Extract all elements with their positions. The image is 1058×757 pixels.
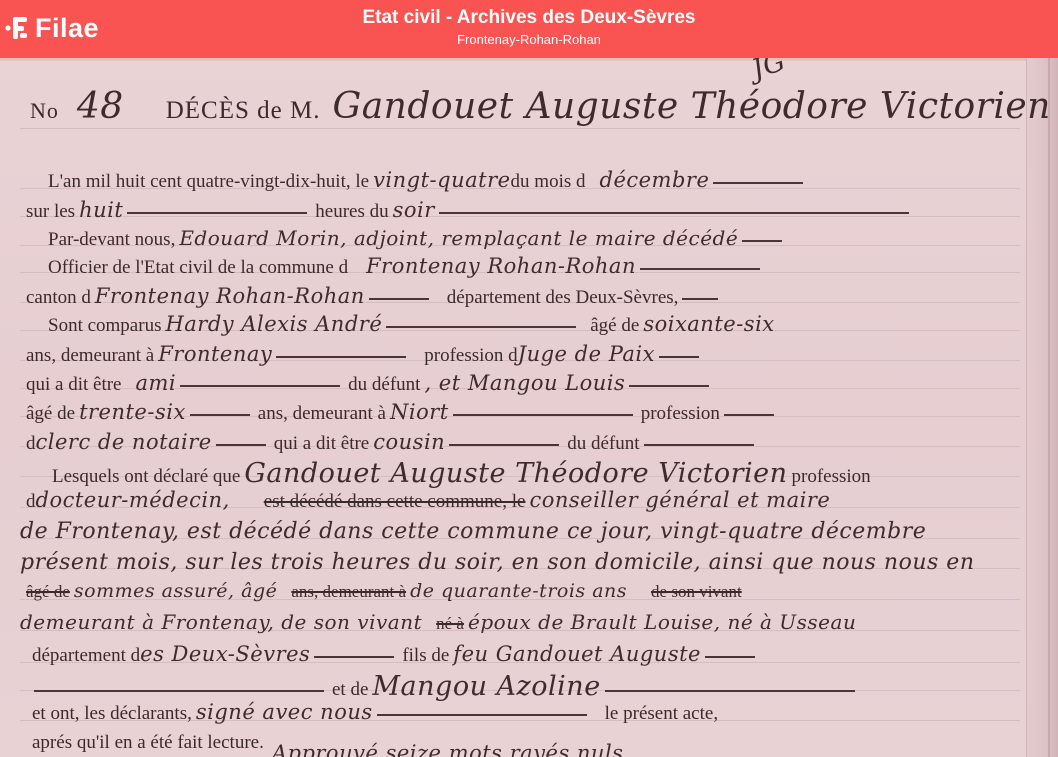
line-17: département des Deux-Sèvres fils de feu … — [32, 642, 759, 667]
handwritten-text: Juge de Paix — [518, 342, 655, 366]
handwritten-text: Edouard Morin, adjoint, remplaçant le ma… — [179, 226, 738, 250]
printed-text: Officier de l'Etat civil de la commune d — [48, 257, 348, 278]
printed-text: heures du — [315, 201, 388, 222]
fill-in-rule — [34, 690, 324, 692]
handwritten-text: soir — [393, 198, 435, 222]
line-16: demeurant à Frontenay, de son vivant né … — [20, 610, 856, 634]
fill-in-rule — [439, 212, 909, 214]
fill-in-rule — [369, 298, 429, 300]
line-18: et de Mangou Azoline — [30, 671, 859, 702]
handwritten-text: clerc de notaire — [36, 430, 212, 454]
printed-text: Sont comparus — [48, 315, 161, 336]
handwritten-text: sommes assuré, âgé — [74, 580, 277, 602]
struck-text: né à — [436, 614, 464, 633]
struck-text: de son vivant — [651, 582, 742, 601]
printed-text: du mois d — [511, 171, 586, 192]
handwritten-text: es Deux-Sèvres — [140, 642, 310, 666]
document-image-viewer[interactable]: JG No 48 DÉCÈS de M. Gandouet Auguste Th… — [0, 58, 1058, 757]
fill-in-rule — [742, 240, 782, 242]
line-2: sur les huit heures du soir — [26, 198, 913, 223]
fill-in-rule — [449, 444, 559, 446]
fill-in-rule — [705, 656, 755, 658]
handwritten-text: cousin — [373, 430, 445, 454]
handwritten-text: Frontenay Rohan-Rohan — [366, 254, 636, 278]
line-1: L'an mil huit cent quatre-vingt-dix-huit… — [48, 168, 807, 193]
struck-text: âgé de — [26, 582, 70, 601]
record-heading: No 48 DÉCÈS de M. Gandouet Auguste Théod… — [30, 86, 1051, 127]
printed-text: département des Deux-Sèvres, — [447, 287, 679, 308]
printed-text: d — [26, 433, 36, 454]
printed-text: canton d — [26, 287, 91, 308]
printed-text: qui a dit être — [26, 374, 122, 395]
handwritten-text: époux de Brault Louise, né à Usseau — [468, 610, 856, 634]
handwritten-text: vingt-quatre — [373, 168, 510, 192]
fill-in-rule — [276, 356, 406, 358]
handwritten-text: signé avec nous — [196, 700, 373, 724]
printed-text: ans, demeurant à — [26, 345, 154, 366]
handwritten-text: soixante-six — [643, 312, 774, 336]
line-4: Officier de l'Etat civil de la commune d… — [48, 254, 764, 279]
handwritten-text: ami — [136, 371, 177, 395]
line-14: présent mois, sur les trois heures du so… — [20, 550, 975, 575]
handwritten-text: Frontenay — [158, 342, 272, 366]
fill-in-rule — [190, 414, 250, 416]
printed-text: département d — [32, 645, 140, 666]
struck-text: est décédé dans cette commune, le — [264, 491, 526, 512]
record-number: 48 — [77, 86, 124, 127]
fill-in-rule — [682, 298, 718, 300]
printed-text: L'an mil huit cent quatre-vingt-dix-huit… — [48, 171, 369, 192]
printed-text: du défunt — [567, 433, 639, 454]
printed-text: Par-devant nous, — [48, 229, 175, 250]
line-13: de Frontenay, est décédé dans cette comm… — [20, 519, 926, 544]
fill-in-rule — [659, 356, 699, 358]
printed-text: âgé de — [26, 403, 75, 424]
fill-in-rule — [216, 444, 266, 446]
printed-text: profession — [641, 403, 720, 424]
page-binding-margin — [1026, 58, 1058, 757]
fill-in-rule — [629, 385, 709, 387]
top-header-bar: Filae Etat civil - Archives des Deux-Sèv… — [0, 0, 1058, 58]
printed-text: et ont, les déclarants, — [32, 703, 192, 724]
printed-text: profession d — [424, 345, 517, 366]
fill-in-rule — [127, 212, 307, 214]
page-edge — [0, 58, 1058, 61]
line-12: ddocteur-médecin, est décédé dans cette … — [26, 488, 830, 513]
fill-in-rule — [377, 714, 587, 716]
printed-text: Lesquels ont déclaré que — [52, 466, 240, 487]
printed-text: âgé de — [590, 315, 639, 336]
fill-in-rule — [314, 656, 394, 658]
handwritten-text: docteur-médecin, — [36, 488, 230, 512]
fill-in-rule — [640, 268, 760, 270]
handwritten-text: huit — [79, 198, 123, 222]
printed-text: sur les — [26, 201, 75, 222]
fill-in-rule — [713, 182, 803, 184]
line-5: canton d Frontenay Rohan-Rohan départeme… — [26, 284, 722, 309]
handwritten-text: Hardy Alexis André — [165, 312, 382, 336]
handwritten-text: Gandouet Auguste Théodore Victorien — [244, 458, 787, 489]
printed-text: et de — [332, 679, 368, 700]
printed-text: fils de — [402, 645, 449, 666]
handwritten-text: demeurant à Frontenay, de son vivant — [20, 610, 422, 634]
collection-title: Etat civil - Archives des Deux-Sèvres — [0, 6, 1058, 30]
printed-text: ans, demeurant à — [258, 403, 386, 424]
printed-text: le présent acte, — [605, 703, 718, 724]
location-subtitle: Frontenay-Rohan-Rohan — [0, 31, 1058, 49]
line-20: aprés qu'il en a été fait lecture. Appro… — [32, 729, 623, 754]
line-3: Par-devant nous, Edouard Morin, adjoint,… — [48, 226, 786, 251]
number-label: No — [30, 98, 59, 123]
line-8: qui a dit être ami du défunt , et Mangou… — [26, 371, 713, 396]
fill-in-rule — [644, 444, 754, 446]
handwritten-text: décembre — [600, 168, 710, 192]
handwritten-text: Frontenay Rohan-Rohan — [95, 284, 365, 308]
fill-in-rule — [724, 414, 774, 416]
line-7: ans, demeurant à Frontenay profession dJ… — [26, 342, 703, 367]
fill-in-rule — [180, 385, 340, 387]
handwritten-text: Niort — [390, 400, 449, 424]
handwritten-text: de Frontenay, est décédé dans cette comm… — [20, 519, 926, 544]
struck-text: ans, demeurant à — [291, 582, 406, 601]
handwritten-text: présent mois, sur les trois heures du so… — [20, 550, 975, 575]
title-block: Etat civil - Archives des Deux-Sèvres Fr… — [0, 6, 1058, 49]
heading-label: DÉCÈS de M. — [166, 97, 321, 124]
fill-in-rule — [386, 326, 576, 328]
line-19: et ont, les déclarants, signé avec nous … — [32, 700, 718, 725]
handwritten-text: trente-six — [79, 400, 186, 424]
handwritten-text: conseiller général et maire — [529, 488, 830, 512]
fill-in-rule — [605, 690, 855, 692]
fill-in-rule — [453, 414, 633, 416]
line-9: âgé de trente-six ans, demeurant à Niort… — [26, 400, 778, 425]
margin-initials: JG — [748, 58, 789, 85]
handwritten-text: Mangou Azoline — [372, 671, 600, 702]
line-15: âgé de sommes assuré, âgé ans, demeurant… — [26, 580, 742, 602]
handwritten-text: feu Gandouet Auguste — [453, 642, 701, 666]
handwritten-text: de quarante-trois ans — [410, 580, 627, 602]
deceased-name: Gandouet Auguste Théodore Victorien — [332, 86, 1050, 127]
line-11: Lesquels ont déclaré que Gandouet August… — [52, 458, 871, 489]
ruled-line — [20, 128, 1020, 129]
printed-text: aprés qu'il en a été fait lecture. — [32, 732, 264, 753]
handwritten-text: Approuvé seize mots rayés nuls — [272, 741, 624, 757]
printed-text: profession — [792, 466, 871, 487]
printed-text: d — [26, 491, 36, 512]
printed-text: qui a dit être — [274, 433, 370, 454]
printed-text: du défunt — [348, 374, 420, 395]
line-6: Sont comparus Hardy Alexis André âgé de … — [48, 312, 775, 337]
handwritten-text: , et Mangou Louis — [424, 371, 625, 395]
line-10: dclerc de notaire qui a dit être cousin … — [26, 430, 758, 455]
